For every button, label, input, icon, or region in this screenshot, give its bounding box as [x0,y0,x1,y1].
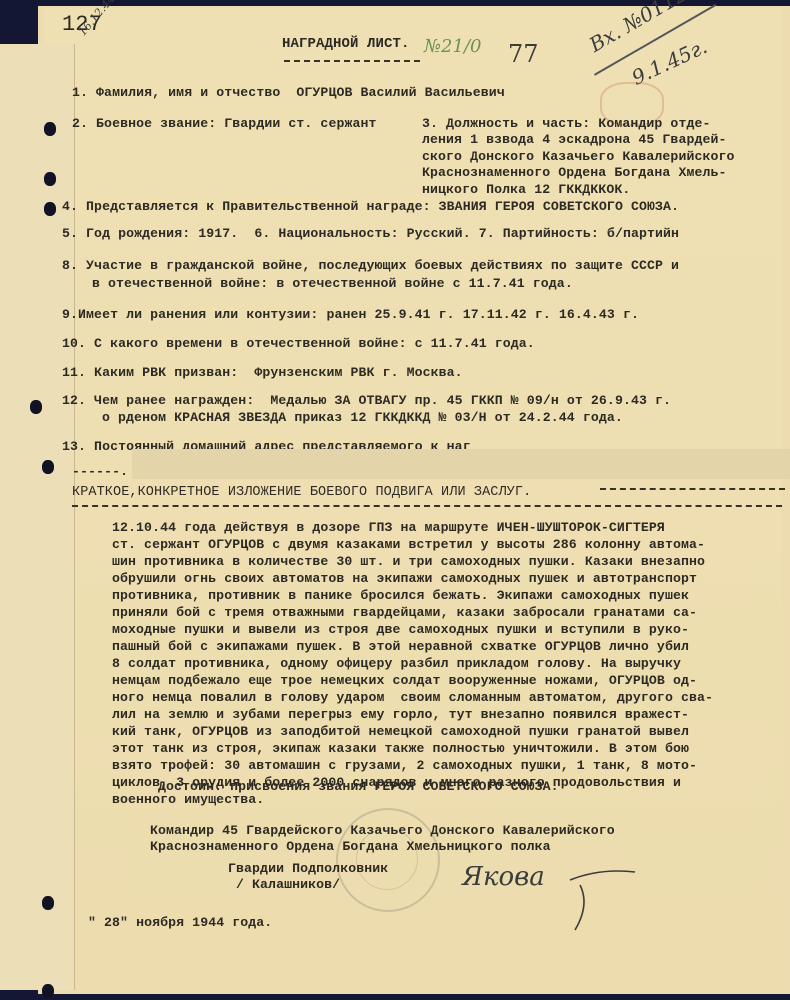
document-title: НАГРАДНОЙ ЛИСТ. [282,36,410,53]
binding-hole-icon [44,172,56,186]
short-dash-line: ------. [72,463,128,480]
binding-hole-icon [44,122,56,136]
field-full-name: 1. Фамилия, имя и отчество ОГУРЦОВ Васил… [72,84,505,101]
binding-hole-icon [42,896,54,910]
field-conscripted-by: 11. Каким РВК призван: Фрунзенским РВК г… [62,364,463,381]
field-position-line5: ницкого Полка 12 ГККДККОК. [422,181,630,198]
field-award-nomination: 4. Представляется к Правительственной на… [62,198,679,215]
handwritten-number: №21/0 [424,36,481,57]
field-wounds: 9.Имеет ли ранения или контузии: ранен 2… [62,306,639,323]
narrative-line: немцам подбежало еще трое немецких солда… [112,672,697,689]
binding-hole-icon [42,460,54,474]
field-position-line4: Краснознаменного Ордена Богдана Хмель- [422,164,727,181]
field-birth-nationality-party: 5. Год рождения: 1917. 6. Национальность… [62,225,679,242]
narrative-line: лил на землю и зубами перегрыз ему горло… [112,706,689,723]
handwritten-signature: Якова [462,862,545,892]
signature-title-line1: Командир 45 Гвардейского Казачьего Донск… [150,822,615,839]
binding-hole-icon [42,984,54,998]
narrative-line: 12.10.44 года действуя в дозоре ГПЗ на м… [112,519,665,536]
narrative-line: моходные пушки и вывели из строя две сам… [112,621,689,638]
narrative-line: кий танк, ОГУРЦОВ из заподбитой немецкой… [112,723,689,740]
field-previous-awards-line2: о рденом КРАСНАЯ ЗВЕЗДА приказ 12 ГККДКК… [102,409,623,426]
heading-dash-right [600,488,785,490]
binding-strip [0,44,75,990]
narrative-line: взято трофей: 30 автомашин с грузами, 2 … [112,757,697,774]
narrative-line: пашный бой с экипажами пушек. В этой нер… [112,638,689,655]
field-war-since: 10. С какого времени в отечественной вой… [62,335,535,352]
title-underline [284,60,420,62]
redacted-address-band [132,449,790,479]
narrative-line: приняли бой с тремя отважными гвардейцам… [112,604,697,621]
narrative-line: обрушили огнь своих автоматов на экипажи… [112,570,697,587]
field-rank: 2. Боевное звание: Гвардии ст. сержант [72,115,377,132]
narrative-line: шин противника в количестве 30 шт. и три… [112,553,705,570]
narrative-line: противника, противник в панике бросился … [112,587,689,604]
field-previous-awards-line1: 12. Чем ранее награжден: Медалью ЗА ОТВА… [62,392,671,409]
signature-flourish-icon [560,860,640,940]
field-war-participation-line1: 8. Участие в гражданской войне, последую… [62,257,679,274]
signature-rank: Гвардии Подполковник [228,860,388,877]
field-position-line1: 3. Должность и часть: Командир отде- [422,115,711,132]
conclusion-line: Достоин: присвоения звания ГЕРОЯ СОВЕТСК… [158,778,559,795]
narrative-line: этот танк из строя, экипаж казаки также … [112,740,689,757]
field-war-participation-line2: в отечественной войне: в отечественной в… [92,275,573,292]
section-heading: КРАТКОЕ,КОНКРЕТНОЕ ИЗЛОЖЕНИЕ БОЕВОГО ПОД… [72,484,531,501]
binding-hole-icon [30,400,42,414]
document-date: " 28" ноября 1944 года. [88,914,272,931]
narrative-line: ного немца повалил в голову ударом своим… [112,689,713,706]
signature-title-line2: Краснознаменного Ордена Богдана Хмельниц… [150,838,551,855]
heading-underline [72,505,782,507]
field-position-line2: ления 1 взвода 4 эскадрона 45 Гвардей- [422,131,727,148]
narrative-line: ст. сержант ОГУРЦОВ с двумя казаками вст… [112,536,705,553]
handwritten-77: 77 [508,40,539,68]
signer-name: / Калашников/ [236,876,340,893]
field-position-line3: ского Донского Казачьего Кавалерийского [422,148,735,165]
binding-hole-icon [44,202,56,216]
narrative-line: 8 солдат противника, одному офицеру разб… [112,655,681,672]
